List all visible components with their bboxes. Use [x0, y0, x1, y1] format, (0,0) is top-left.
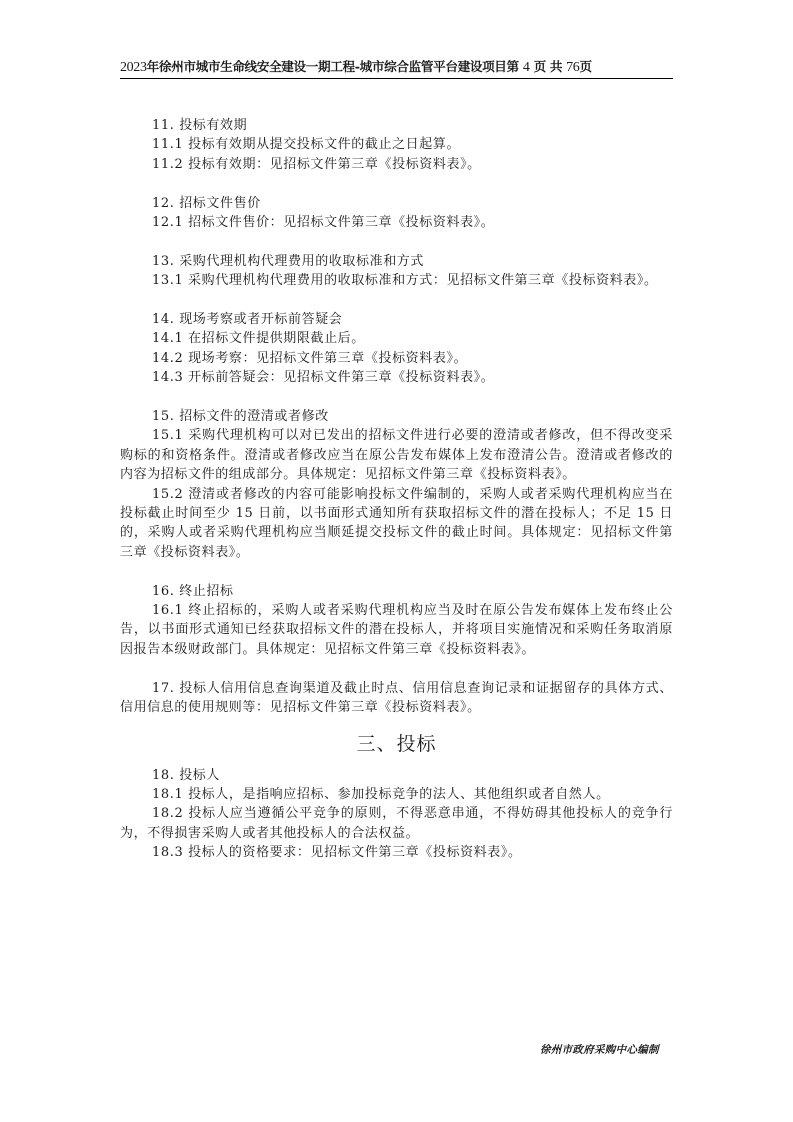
section-heading-13: 13. 采购代理机构代理费用的收取标准和方式 — [120, 252, 673, 271]
clause-12-1: 12.1 招标文件售价：见招标文件第三章《投标资料表》。 — [120, 213, 673, 232]
clause-13-1: 13.1 采购代理机构代理费用的收取标准和方式：见招标文件第三章《投标资料表》。 — [120, 271, 673, 290]
section-heading-14: 14. 现场考察或者开标前答疑会 — [120, 310, 673, 329]
clause-11-1: 11.1 投标有效期从提交投标文件的截止之日起算。 — [120, 135, 673, 154]
section-heading-17: 17. 投标人信用信息查询渠道及截止时点、信用信息查询记录和证据留存的具体方式、… — [120, 679, 673, 718]
clause-18-3: 18.3 投标人的资格要求：见招标文件第三章《投标资料表》。 — [120, 843, 673, 862]
page-footer: 徐州市政府采购中心编制 — [540, 1042, 659, 1057]
header-total-word: 共 — [550, 59, 562, 74]
clause-18-1: 18.1 投标人，是指响应招标、参加投标竞争的法人、其他组织或者自然人。 — [120, 785, 673, 804]
document-body: 11. 投标有效期 11.1 投标有效期从提交投标文件的截止之日起算。 11.2… — [120, 116, 673, 863]
clause-18-2: 18.2 投标人应当遵循公平竞争的原则，不得恶意串通，不得妨碍其他投标人的竞争行… — [120, 804, 673, 843]
section-heading-15: 15. 招标文件的澄清或者修改 — [120, 407, 673, 426]
clause-15-1: 15.1 采购代理机构可以对已发出的招标文件进行必要的澄清或者修改，但不得改变采… — [120, 426, 673, 484]
header-page-current: 4 — [523, 60, 530, 75]
header-page-total: 76 — [566, 60, 579, 75]
clause-14-1: 14.1 在招标文件提供期限截止后。 — [120, 329, 673, 348]
section-heading-16: 16. 终止招标 — [120, 582, 673, 601]
header-year: 2023 — [120, 60, 147, 75]
clause-14-2: 14.2 现场考察：见招标文件第三章《投标资料表》。 — [120, 349, 673, 368]
section-heading-18: 18. 投标人 — [120, 766, 673, 785]
page-header: 2023年徐州市城市生命线安全建设一期工程-城市综合监管平台建设项目第 4 页 … — [120, 58, 673, 79]
header-page-word: 页 — [534, 59, 546, 74]
clause-14-3: 14.3 开标前答疑会：见招标文件第三章《投标资料表》。 — [120, 368, 673, 387]
clause-15-2: 15.2 澄清或者修改的内容可能影响投标文件编制的，采购人或者采购代理机构应当在… — [120, 485, 673, 563]
header-title: 年徐州市城市生命线安全建设一期工程-城市综合监管平台建设项目第 — [147, 59, 519, 74]
section-heading-11: 11. 投标有效期 — [120, 116, 673, 135]
section-heading-12: 12. 招标文件售价 — [120, 194, 673, 213]
clause-11-2: 11.2 投标有效期：见招标文件第三章《投标资料表》。 — [120, 155, 673, 174]
clause-16-1: 16.1 终止招标的，采购人或者采购代理机构应当及时在原公告发布媒体上发布终止公… — [120, 601, 673, 659]
chapter-title: 三、投标 — [120, 732, 673, 756]
header-total-suffix: 页 — [579, 59, 591, 74]
